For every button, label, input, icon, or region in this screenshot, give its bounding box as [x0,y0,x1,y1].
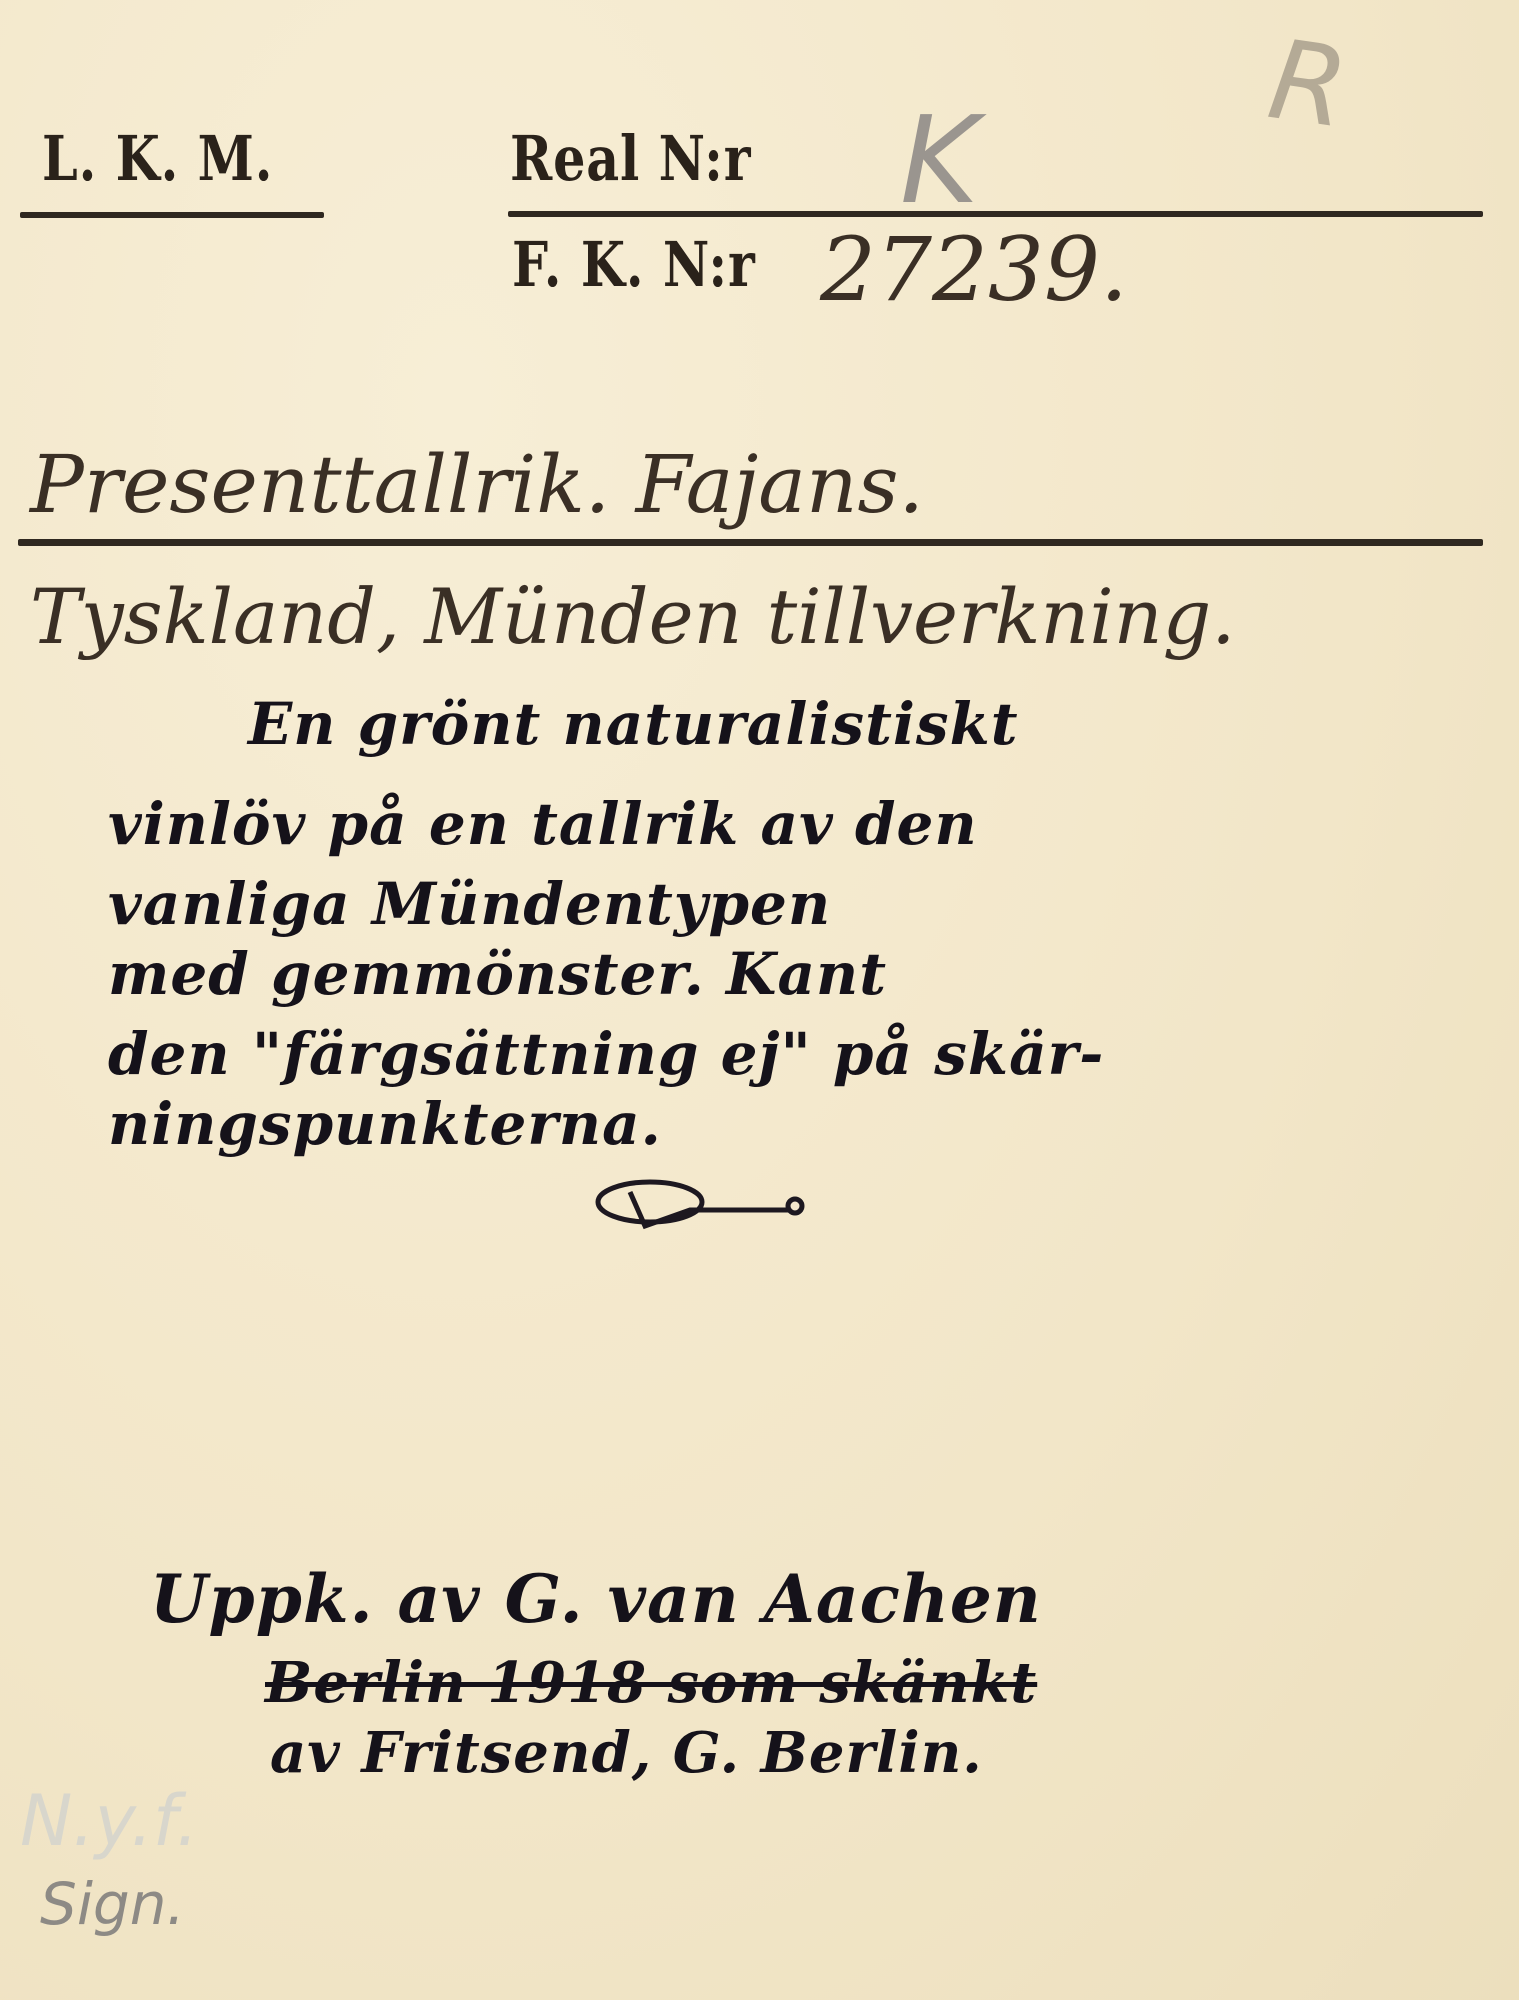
object-origin: Tyskland, Münden tillverkning. [30,572,1235,661]
paraph-mark: D— [590,1170,820,1240]
real-nr-label: Real N:r [510,122,751,195]
corner-pencil-mark: R [1261,15,1355,152]
description-line: den "färgsättning ej" på skär- [108,1020,1104,1088]
acquisition-line: av Fritsend, G. Berlin. [270,1720,983,1786]
description-line: En grönt naturalistiskt [248,690,1019,758]
description-line: vinlöv på en tallrik av den [108,790,978,858]
signature: Sign. [40,1870,185,1938]
description-line: med gemmönster. Kant [108,940,887,1008]
acquisition-line: Berlin 1918 som skänkt [265,1650,1037,1716]
institution-rule [20,212,324,218]
institution-label: L. K. M. [42,122,273,195]
paraph-icon [590,1170,820,1240]
object-title: Presenttallrik. Fajans. [30,438,924,531]
fk-nr-label: F. K. N:r [512,228,756,301]
title-rule [18,539,1483,546]
description-line: ningspunkterna. [108,1090,662,1158]
description-line: vanliga Mündentypen [108,870,831,938]
bleed-through-text: N.y.f. [20,1780,199,1862]
fk-nr-value: 27239. [820,218,1128,321]
acquisition-line: Uppk. av G. van Aachen [150,1560,1042,1638]
real-nr-rule [508,211,1483,217]
